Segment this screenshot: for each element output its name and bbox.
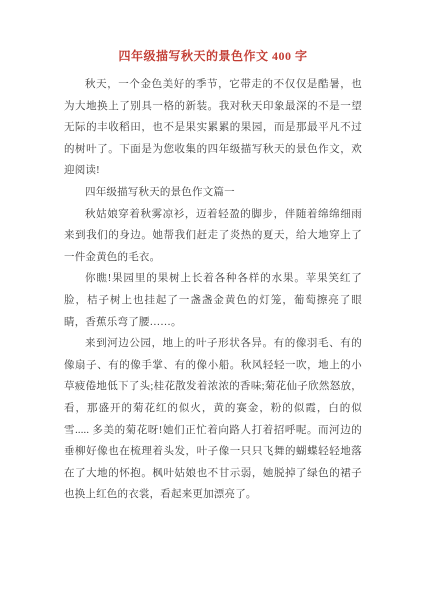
essay-paragraph-1: 秋姑娘穿着秋雾凉衫，迈着轻盈的脚步，伴随着绵绵细雨来到我们的身边。她帮我们赶走了… xyxy=(64,204,362,269)
essay-paragraph-2: 你瞧!果园里的果树上长着各种各样的水果。苹果笑红了脸，桔子树上也挂起了一盏盏金黄… xyxy=(64,268,362,333)
document-title: 四年级描写秋天的景色作文 400 字 xyxy=(64,45,362,67)
essay-subheading: 四年级描写秋天的景色作文篇一 xyxy=(64,182,362,204)
document-page: 四年级描写秋天的景色作文 400 字 秋天，一个金色美好的季节，它带走的不仅仅是… xyxy=(0,0,424,600)
essay-paragraph-3: 来到河边公园，地上的叶子形状各异。有的像羽毛、有的像扇子、有的像手掌、有的像小船… xyxy=(64,333,362,506)
intro-paragraph: 秋天，一个金色美好的季节，它带走的不仅仅是酷暑，也为大地换上了别具一格的新装。我… xyxy=(64,74,362,182)
